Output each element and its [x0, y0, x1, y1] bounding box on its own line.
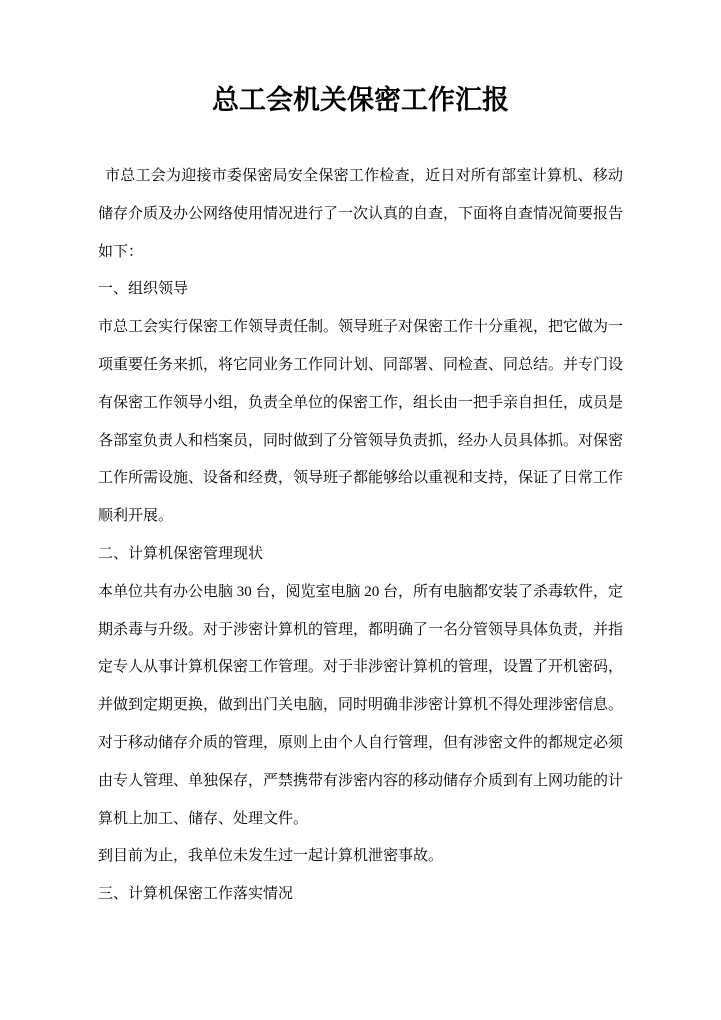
document-page: 总工会机关保密工作汇报 市总工会为迎接市委保密局安全保密工作检查，近日对所有部室… — [0, 0, 721, 1020]
section-1-heading: 一、组织领导 — [98, 271, 623, 309]
document-body: 市总工会为迎接市委保密局安全保密工作检查，近日对所有部室计算机、移动储存介质及办… — [98, 158, 623, 914]
document-title: 总工会机关保密工作汇报 — [98, 80, 623, 121]
section-1-paragraph: 市总工会实行保密工作领导责任制。领导班子对保密工作十分重视，把它做为一项重要任务… — [98, 309, 623, 536]
intro-paragraph: 市总工会为迎接市委保密局安全保密工作检查，近日对所有部室计算机、移动储存介质及办… — [98, 158, 623, 271]
section-3-heading: 三、计算机保密工作落实情况 — [98, 876, 623, 914]
section-2-heading: 二、计算机保密管理现状 — [98, 536, 623, 574]
section-2-paragraph-2: 到目前为止，我单位未发生过一起计算机泄密事故。 — [98, 838, 623, 876]
section-2-paragraph-1: 本单位共有办公电脑 30 台，阅览室电脑 20 台，所有电脑都安装了杀毒软件，定… — [98, 574, 623, 839]
